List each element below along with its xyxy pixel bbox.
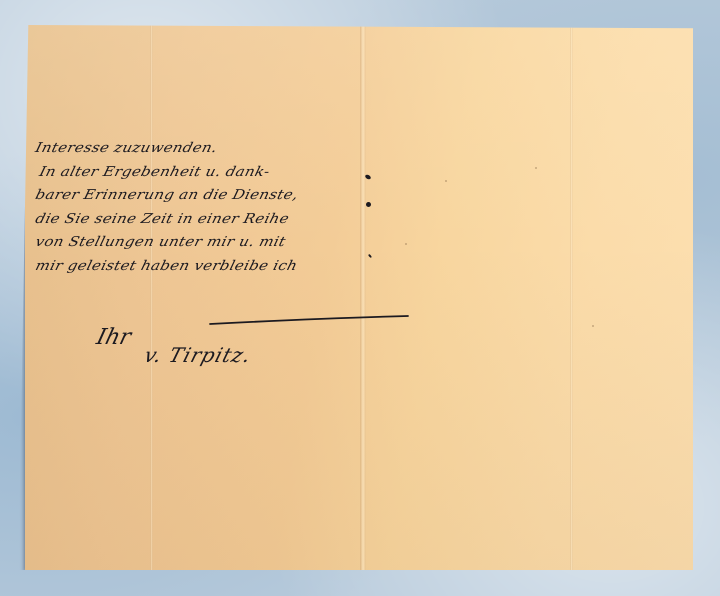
letter-line: barer Erinnerung an die Dienste, [33,184,378,205]
paper-lighting [25,25,693,570]
fold-line-right [570,25,573,570]
paper-speck [592,325,594,327]
letter-line: In alter Ergebenheit u. dank- [33,161,378,182]
letter-closing: Ihr [94,325,134,350]
letter-body: Interesse zuzuwenden. In alter Ergebenhe… [33,135,373,276]
letter-line: mir geleistet haben verbleibe ich [33,255,378,276]
letter-line: Interesse zuzuwenden. [33,137,378,158]
fold-line-left [150,25,153,570]
signature-flourish [208,314,413,326]
ink-dot [366,202,371,207]
paper-speck [445,180,447,182]
paper-speck [535,167,537,169]
fold-line-center [360,25,366,570]
letter-line: von Stellungen unter mir u. mit [33,231,378,252]
letter-paper: Interesse zuzuwenden. In alter Ergebenhe… [25,25,693,570]
signature: v. Tirpitz. [142,343,255,367]
paper-speck [405,243,407,245]
letter-line: die Sie seine Zeit in einer Reihe [33,208,378,229]
